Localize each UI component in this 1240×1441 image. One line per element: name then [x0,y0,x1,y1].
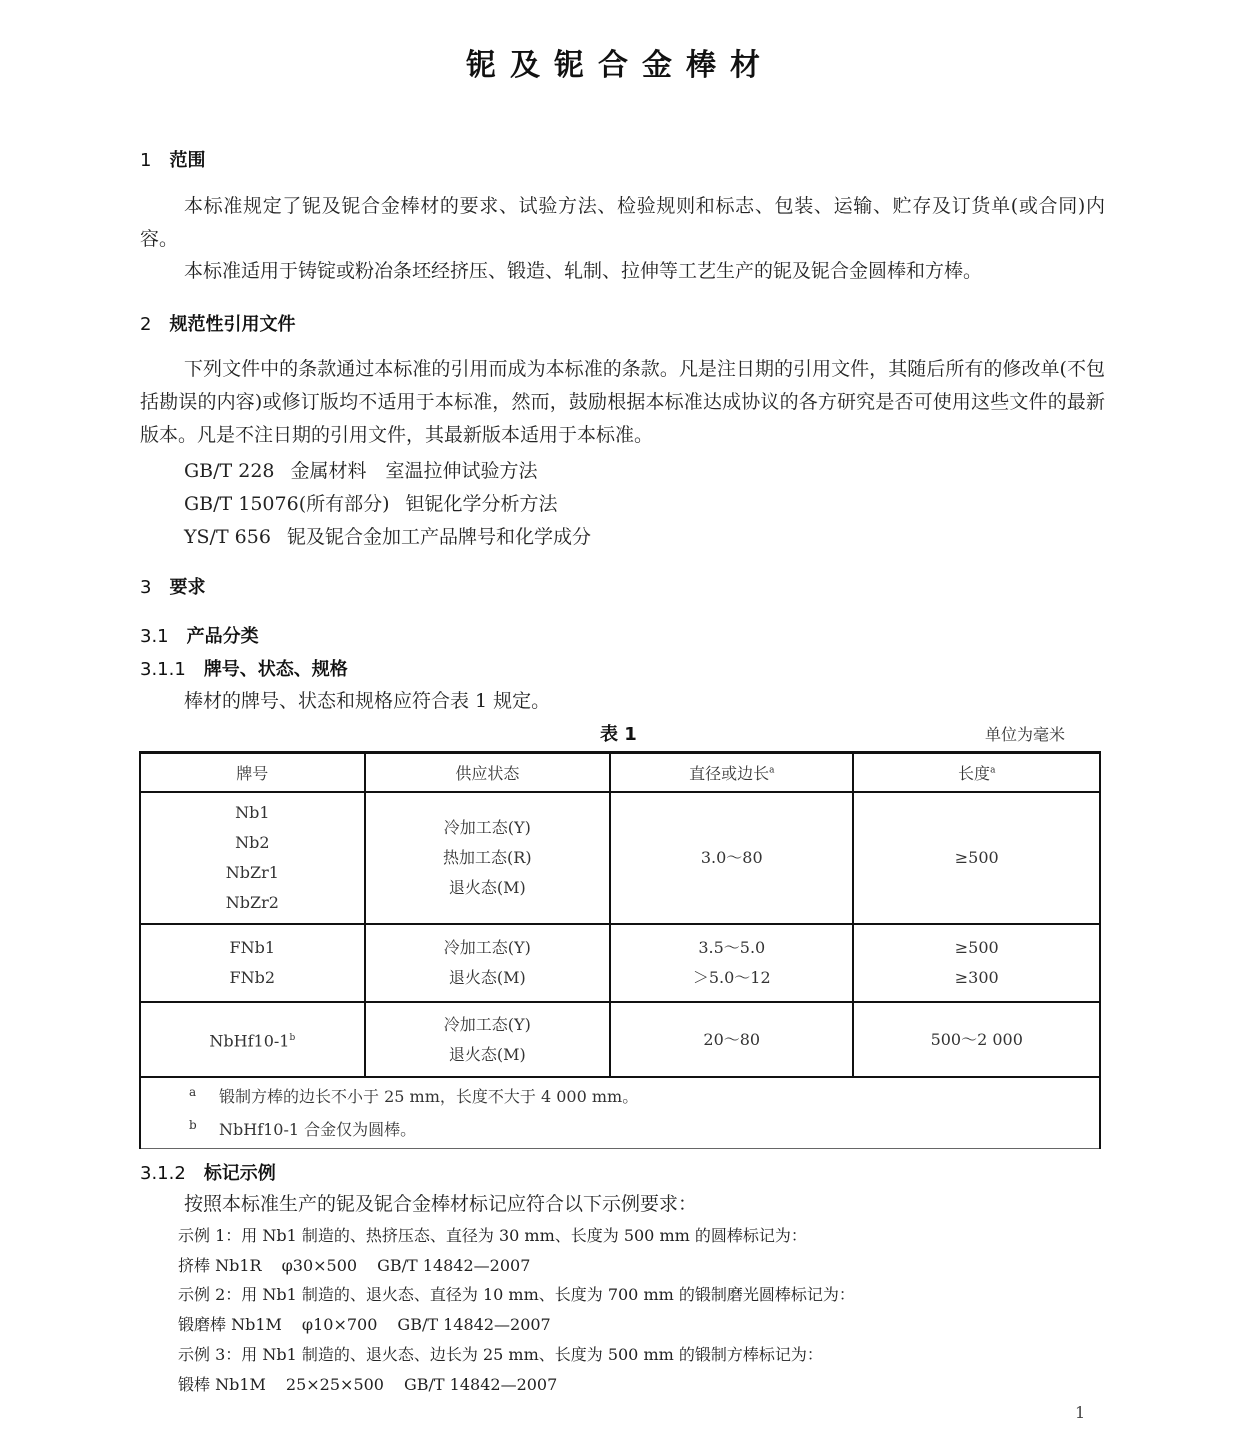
section-3-1-heading: 3.1产品分类 [140,622,259,648]
reference-item: GB/T 15076(所有部分)钽铌化学分析方法 [184,489,558,516]
section-1-heading: 1范围 [140,146,205,172]
section-title: 牌号、状态、规格 [204,659,348,680]
section-2-paragraph: 下列文件中的条款通过本标准的引用而成为本标准的条款。凡是注日期的引用文件，其随后… [140,353,1105,452]
cell-states: 冷加工态(Y)退火态(M) [365,1002,610,1077]
section-number: 3 [140,577,151,598]
footnote-mark: b [189,1109,197,1142]
page-number: 1 [1075,1403,1085,1422]
reference-code: GB/T 228 [184,460,275,482]
cell-lengths: ≥500 [853,792,1100,924]
example-1-marking: 挤棒 Nb1Rφ30×500GB/T 14842—2007 [178,1253,530,1276]
marking-intro: 按照本标准生产的铌及铌合金棒材标记应符合以下示例要求： [184,1189,697,1216]
cell-sizes: 3.0～80 [610,792,853,924]
table-unit: 单位为毫米 [985,722,1065,745]
table-row: NbHf10-1b 冷加工态(Y)退火态(M) 20～80 500～2 000 [140,1002,1100,1077]
footnote-text: NbHf10-1 合金仅为圆棒。 [219,1113,416,1146]
reference-title: 金属材料 室温拉伸试验方法 [291,460,538,482]
reference-code: GB/T 15076(所有部分) [184,489,390,516]
table-row: Nb1Nb2NbZr1NbZr2 冷加工态(Y)热加工态(R)退火态(M) 3.… [140,792,1100,924]
section-title: 范围 [169,150,205,171]
cell-grades: Nb1Nb2NbZr1NbZr2 [140,792,365,924]
column-header-length: 长度a [853,753,1100,793]
section-2-heading: 2规范性引用文件 [140,310,295,336]
reference-title: 铌及铌合金加工产品牌号和化学成分 [287,526,591,548]
column-header-state: 供应状态 [365,753,610,793]
cell-lengths: 500～2 000 [853,1002,1100,1077]
document-title: 铌及铌合金棒材 [0,40,1240,84]
example-2-marking: 锻磨棒 Nb1Mφ10×700GB/T 14842—2007 [178,1312,551,1335]
section-title: 规范性引用文件 [169,314,295,335]
footnote-b: b NbHf10-1 合金仅为圆棒。 [141,1113,1099,1146]
section-number: 2 [140,314,151,335]
table-footnotes: a 锻制方棒的边长不小于 25 mm，长度不大于 4 000 mm。 b NbH… [140,1077,1100,1149]
column-header-grade: 牌号 [140,753,365,793]
section-title: 标记示例 [204,1163,276,1184]
footnote-mark: a [189,1076,196,1109]
section-3-1-1-text: 棒材的牌号、状态和规格应符合表 1 规定。 [184,686,550,713]
cell-grades: NbHf10-1b [140,1002,365,1077]
section-title: 要求 [169,577,205,598]
reference-code: YS/T 656 [184,526,271,548]
section-number: 1 [140,150,151,171]
table-header-row: 牌号 供应状态 直径或边长a 长度a [140,753,1100,793]
reference-item: GB/T 228金属材料 室温拉伸试验方法 [184,456,538,483]
cell-states: 冷加工态(Y)退火态(M) [365,924,610,1002]
section-3-1-1-heading: 3.1.1牌号、状态、规格 [140,655,348,681]
cell-sizes: 3.5～5.0＞5.0～12 [610,924,853,1002]
cell-states: 冷加工态(Y)热加工态(R)退火态(M) [365,792,610,924]
document-page: 铌及铌合金棒材 1范围 本标准规定了铌及铌合金棒材的要求、试验方法、检验规则和标… [0,0,1240,1441]
cell-sizes: 20～80 [610,1002,853,1077]
table-row: FNb1FNb2 冷加工态(Y)退火态(M) 3.5～5.0＞5.0～12 ≥5… [140,924,1100,1002]
section-number: 3.1.2 [140,1163,186,1184]
reference-item: YS/T 656铌及铌合金加工产品牌号和化学成分 [184,522,591,549]
section-number: 3.1 [140,626,169,647]
section-title: 产品分类 [187,626,259,647]
example-2-description: 示例 2：用 Nb1 制造的、退火态、直径为 10 mm、长度为 700 mm … [178,1282,855,1305]
spec-table: 牌号 供应状态 直径或边长a 长度a Nb1Nb2NbZr1NbZr2 冷加工态… [139,751,1101,1149]
footnote-text: 锻制方棒的边长不小于 25 mm，长度不大于 4 000 mm。 [219,1080,638,1113]
example-1-description: 示例 1：用 Nb1 制造的、热挤压态、直径为 30 mm、长度为 500 mm… [178,1223,807,1246]
section-number: 3.1.1 [140,659,186,680]
reference-title: 钽铌化学分析方法 [406,493,558,515]
section-3-heading: 3要求 [140,573,205,599]
column-header-size: 直径或边长a [610,753,853,793]
table-footnotes-row: a 锻制方棒的边长不小于 25 mm，长度不大于 4 000 mm。 b NbH… [140,1077,1100,1149]
table-caption: 表 1 [600,720,637,746]
example-3-marking: 锻棒 Nb1M25×25×500GB/T 14842—2007 [178,1372,557,1395]
cell-grades: FNb1FNb2 [140,924,365,1002]
section-1-paragraph-1: 本标准规定了铌及铌合金棒材的要求、试验方法、检验规则和标志、包装、运输、贮存及订… [140,190,1105,256]
cell-lengths: ≥500≥300 [853,924,1100,1002]
section-1-paragraph-2: 本标准适用于铸锭或粉冶条坯经挤压、锻造、轧制、拉伸等工艺生产的铌及铌合金圆棒和方… [140,255,1105,288]
section-3-1-2-heading: 3.1.2标记示例 [140,1159,276,1185]
example-3-description: 示例 3：用 Nb1 制造的、退火态、边长为 25 mm、长度为 500 mm … [178,1342,823,1365]
footnote-a: a 锻制方棒的边长不小于 25 mm，长度不大于 4 000 mm。 [141,1080,1099,1113]
